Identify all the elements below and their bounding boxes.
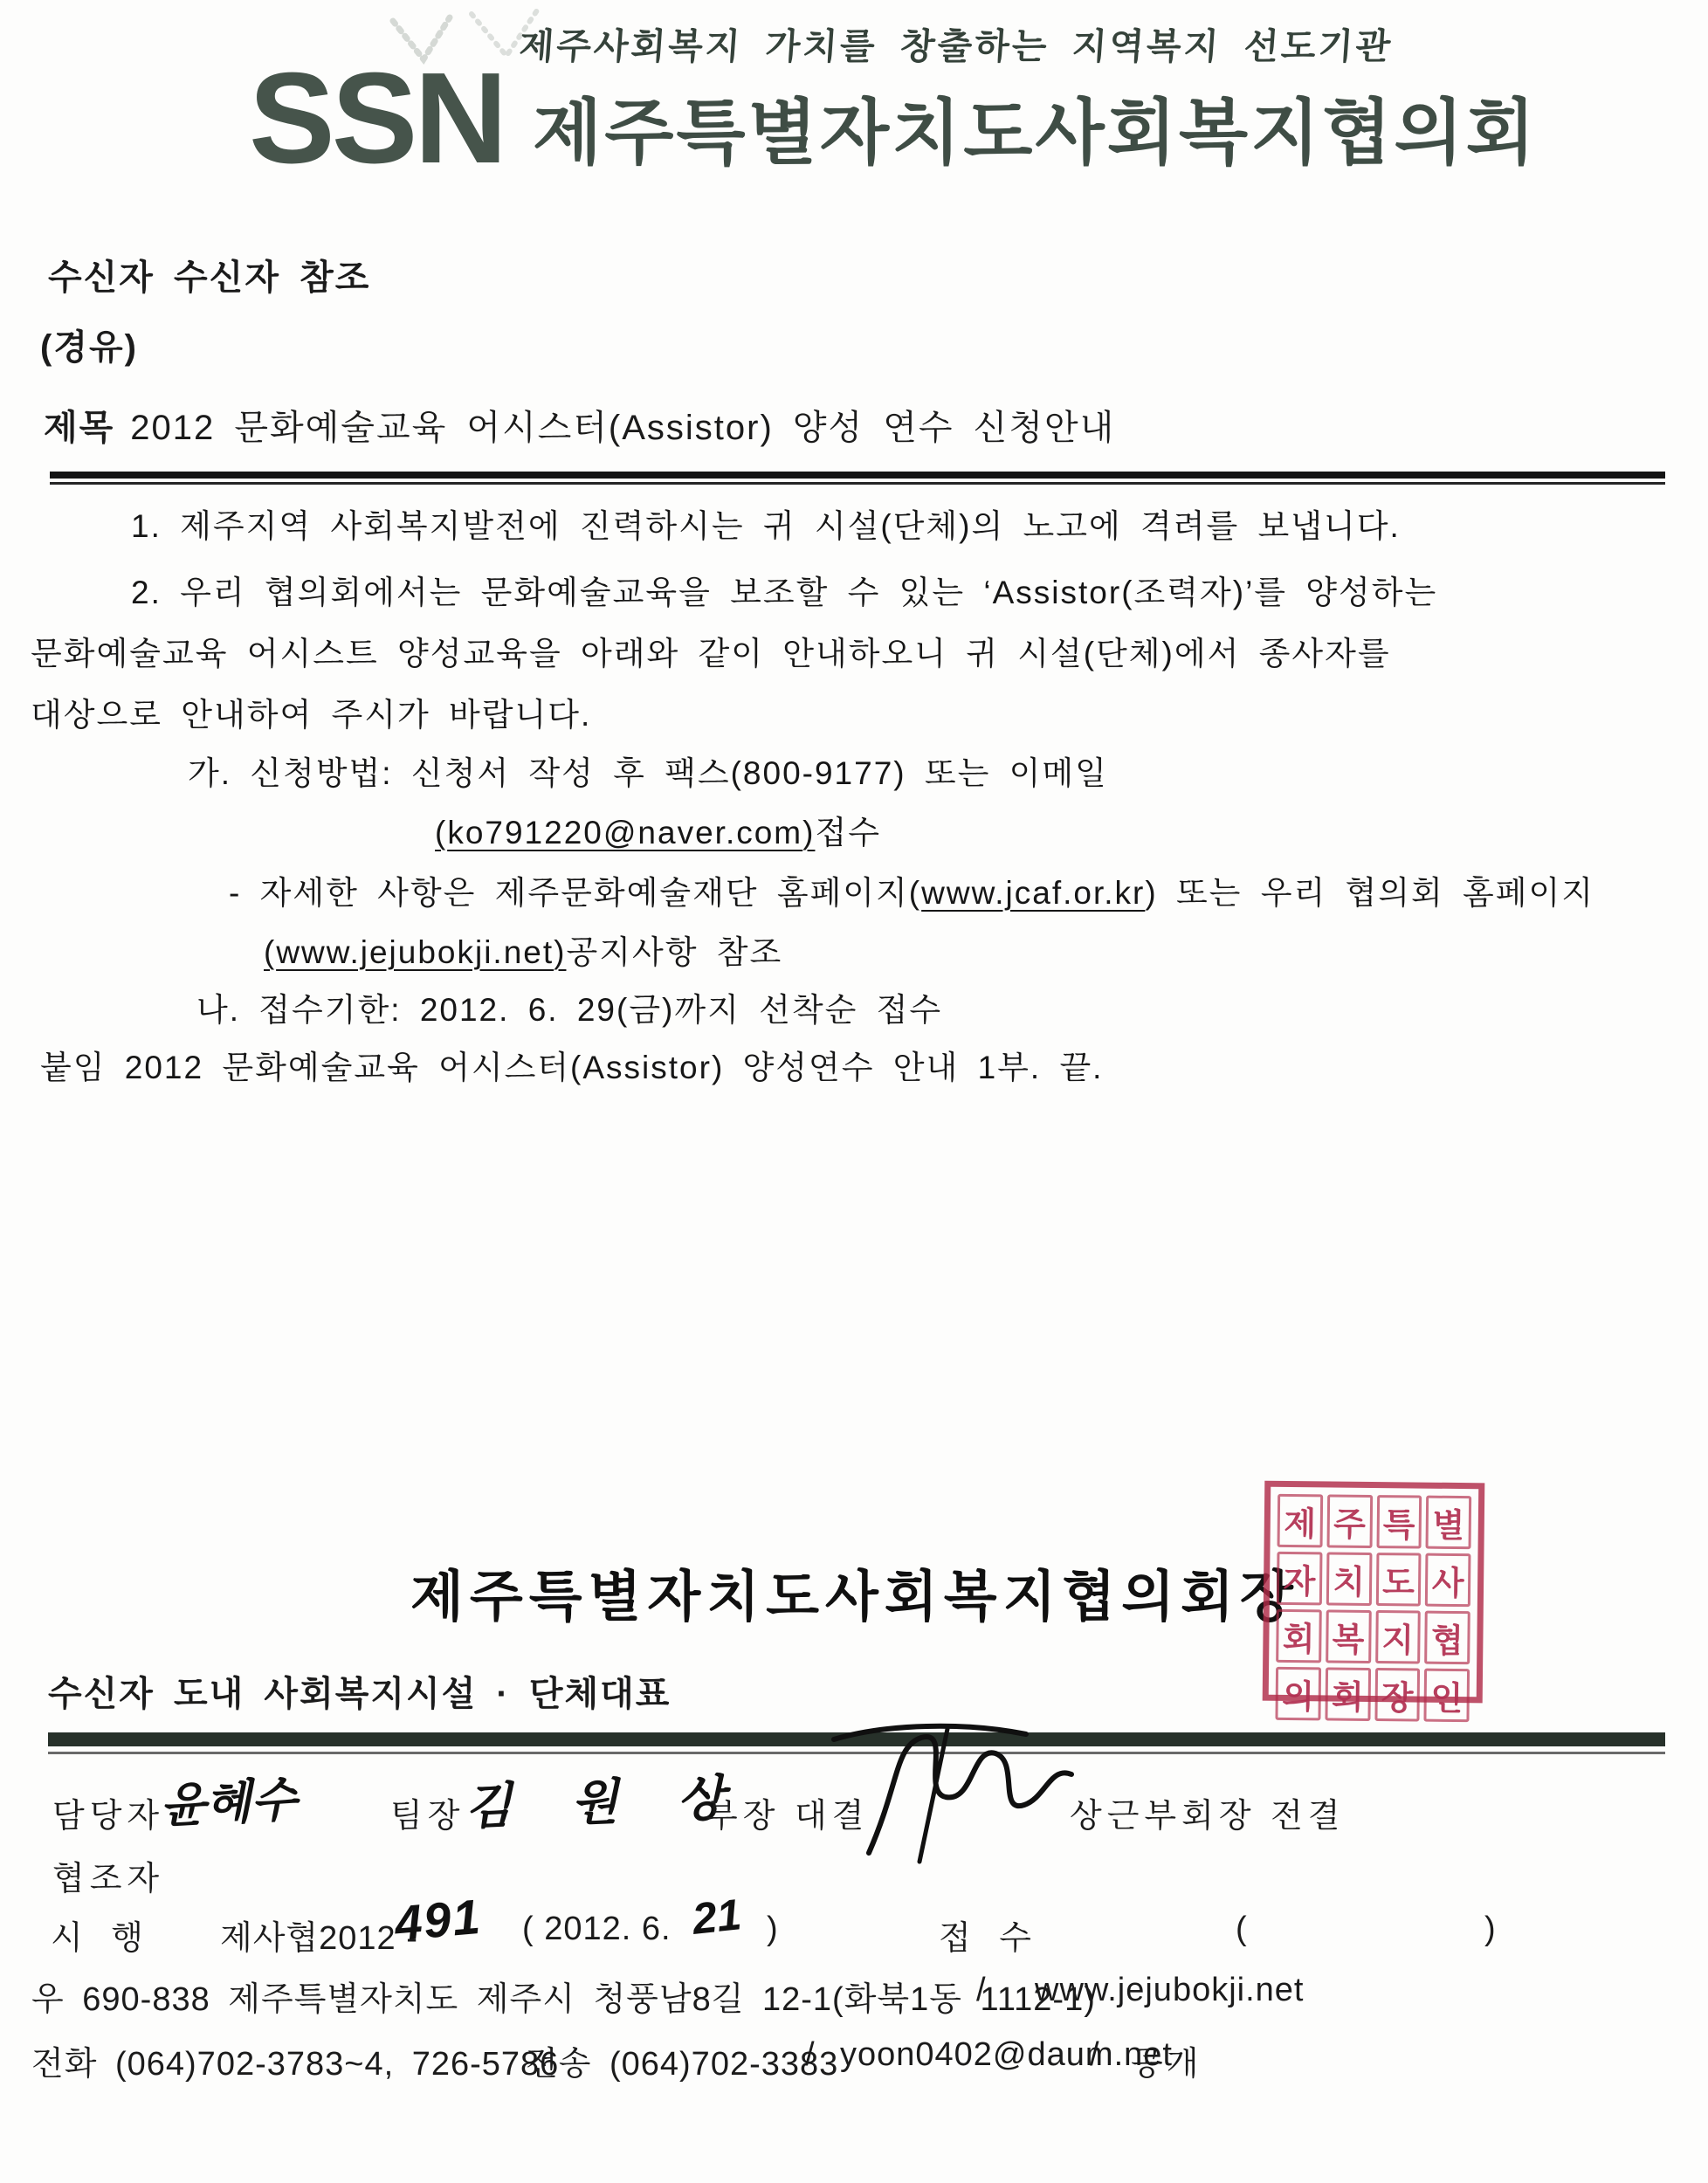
seal-char: 회 (1325, 1667, 1370, 1721)
ssn-logo: SSN (249, 54, 504, 183)
scanned-official-document: SSN 제주사회복지 가치를 창출하는 지역복지 선도기관 제주특별자치도사회복… (0, 0, 1708, 2183)
seal-char: 자 (1277, 1552, 1322, 1606)
footer-slash-b: / (1090, 2036, 1100, 2074)
dept-head-signature-scribble (816, 1722, 1087, 1866)
email-line: (ko791220@naver.com)접수 (435, 806, 881, 853)
homepage-suffix: 공지사항 참조 (566, 934, 782, 970)
official-red-seal: 제 주 특 별 자 치 도 사 회 복 지 협 의 회 장 인 (1263, 1481, 1485, 1704)
footer-email: yoon0402@daum.net (840, 2036, 1173, 2074)
doc-number-prefix: 제사협2012 - (220, 1911, 418, 1959)
seal-char: 제 (1278, 1494, 1323, 1548)
body-paragraph-2-line2: 문화예술교육 어시스트 양성교육을 아래와 같이 안내하오니 귀 시설(단체)에… (31, 627, 1391, 674)
detail-prefix: - 자세한 사항은 제주문화예술재단 홈페이지( (229, 875, 921, 911)
item-na-line: 나. 접수기한: 2012. 6. 29(금)까지 선착순 접수 (196, 983, 942, 1030)
doc-number-handwritten: 491 (392, 1888, 484, 1952)
seal-char: 특 (1376, 1495, 1422, 1549)
subject-text: 2012 문화예술교육 어시스터(Assistor) 양성 연수 신청안내 (130, 409, 1115, 447)
detail-suffix: ) 또는 우리 협의회 홈페이지 (1145, 875, 1594, 911)
disclosure-label: 공개 (1131, 2036, 1202, 2084)
email-suffix: 접수 (815, 815, 880, 850)
seal-char: 협 (1424, 1611, 1470, 1665)
team-leader-label: 팀장 (390, 1788, 465, 1836)
seal-char: 주 (1326, 1494, 1372, 1548)
homepage-line: (www.jejubokji.net)공지사항 참조 (264, 926, 782, 973)
detail-line: - 자세한 사항은 제주문화예술재단 홈페이지(www.jcaf.or.kr) … (229, 866, 1594, 913)
email-close-paren: ) (802, 815, 815, 850)
body-paragraph-2-line3: 대상으로 안내하여 주시가 바랍니다. (31, 688, 591, 735)
header-tagline: 제주사회복지 가치를 창출하는 지역복지 선도기관 (518, 17, 1395, 69)
subject-label: 제목 (44, 409, 114, 447)
receipt-label: 접 수 (939, 1911, 1041, 1959)
seal-char: 사 (1425, 1553, 1470, 1608)
seal-char: 별 (1426, 1496, 1471, 1550)
seal-char: 회 (1276, 1609, 1321, 1663)
footer-slash-a: / (805, 2036, 816, 2074)
website-url: www.jejubokji.net (1035, 1972, 1304, 2009)
seal-char: 지 (1375, 1610, 1421, 1664)
address-slash: / (976, 1972, 987, 2009)
seal-char: 의 (1275, 1667, 1320, 1721)
fax-number: 전송 (064)702-3383 (526, 2036, 838, 2084)
postal-address: 우 690-838 제주특별자치도 제주시 청풍남8길 12-1(화북1동 11… (31, 1972, 1096, 2020)
org-name-title: 제주특별자치도사회복지협의회 (533, 86, 1538, 182)
subject-divider-rule (50, 472, 1665, 485)
seal-char: 도 (1375, 1553, 1421, 1607)
seal-char: 치 (1326, 1552, 1372, 1606)
seal-char: 인 (1424, 1669, 1470, 1723)
issuer-title: 제주특별자치도사회복지협의회장 (410, 1553, 1299, 1632)
receipt-paren-close: ) (1484, 1911, 1497, 1948)
homepage-open-paren: ( (264, 934, 276, 970)
date-close: ) (767, 1911, 779, 1948)
date-open: ( 2012. 6. (522, 1911, 671, 1948)
homepage-url-link: www.jejubokji.net (276, 934, 554, 970)
homepage-close-paren: ) (554, 934, 566, 970)
seal-char: 복 (1326, 1609, 1371, 1663)
phone-numbers: 전화 (064)702-3783~4, 726-5786 (31, 2036, 559, 2084)
email-address-link: ko791220@naver.com (447, 815, 802, 850)
final-recipient-line: 수신자 도내 사회복지시설 · 단체대표 (48, 1666, 671, 1716)
email-open-paren: ( (435, 815, 447, 850)
subject-line: 제목2012 문화예술교육 어시스터(Assistor) 양성 연수 신청안내 (44, 400, 1115, 450)
receipt-paren-open: ( (1236, 1911, 1248, 1948)
body-paragraph-2-line1: 2. 우리 협의회에서는 문화예술교육을 보조할 수 있는 ‘Assistor(… (131, 566, 1437, 613)
manager-signature: 윤혜수 (158, 1762, 298, 1836)
vice-chair-approval-label: 상근부회장 전결 (1070, 1788, 1346, 1836)
attachment-line: 붙임 2012 문화예술교육 어시스터(Assistor) 양성연수 안내 1부… (40, 1041, 1103, 1088)
jcaf-url-link: www.jcaf.or.kr (921, 875, 1145, 911)
seal-char: 장 (1374, 1668, 1420, 1722)
date-day-handwritten: 21 (690, 1889, 743, 1944)
recipient-line: 수신자 수신자 참조 (48, 250, 370, 300)
item-ga-line: 가. 신청방법: 신청서 작성 후 팩스(800-9177) 또는 이메일 (188, 747, 1108, 794)
body-paragraph-1: 1. 제주지역 사회복지발전에 진력하시는 귀 시설(단체)의 노고에 격려를 … (131, 499, 1401, 547)
execution-label: 시 행 (51, 1911, 153, 1959)
cooperator-label: 협조자 (52, 1851, 164, 1899)
via-line: (경유) (40, 320, 138, 369)
manager-label: 담당자 (52, 1788, 164, 1836)
